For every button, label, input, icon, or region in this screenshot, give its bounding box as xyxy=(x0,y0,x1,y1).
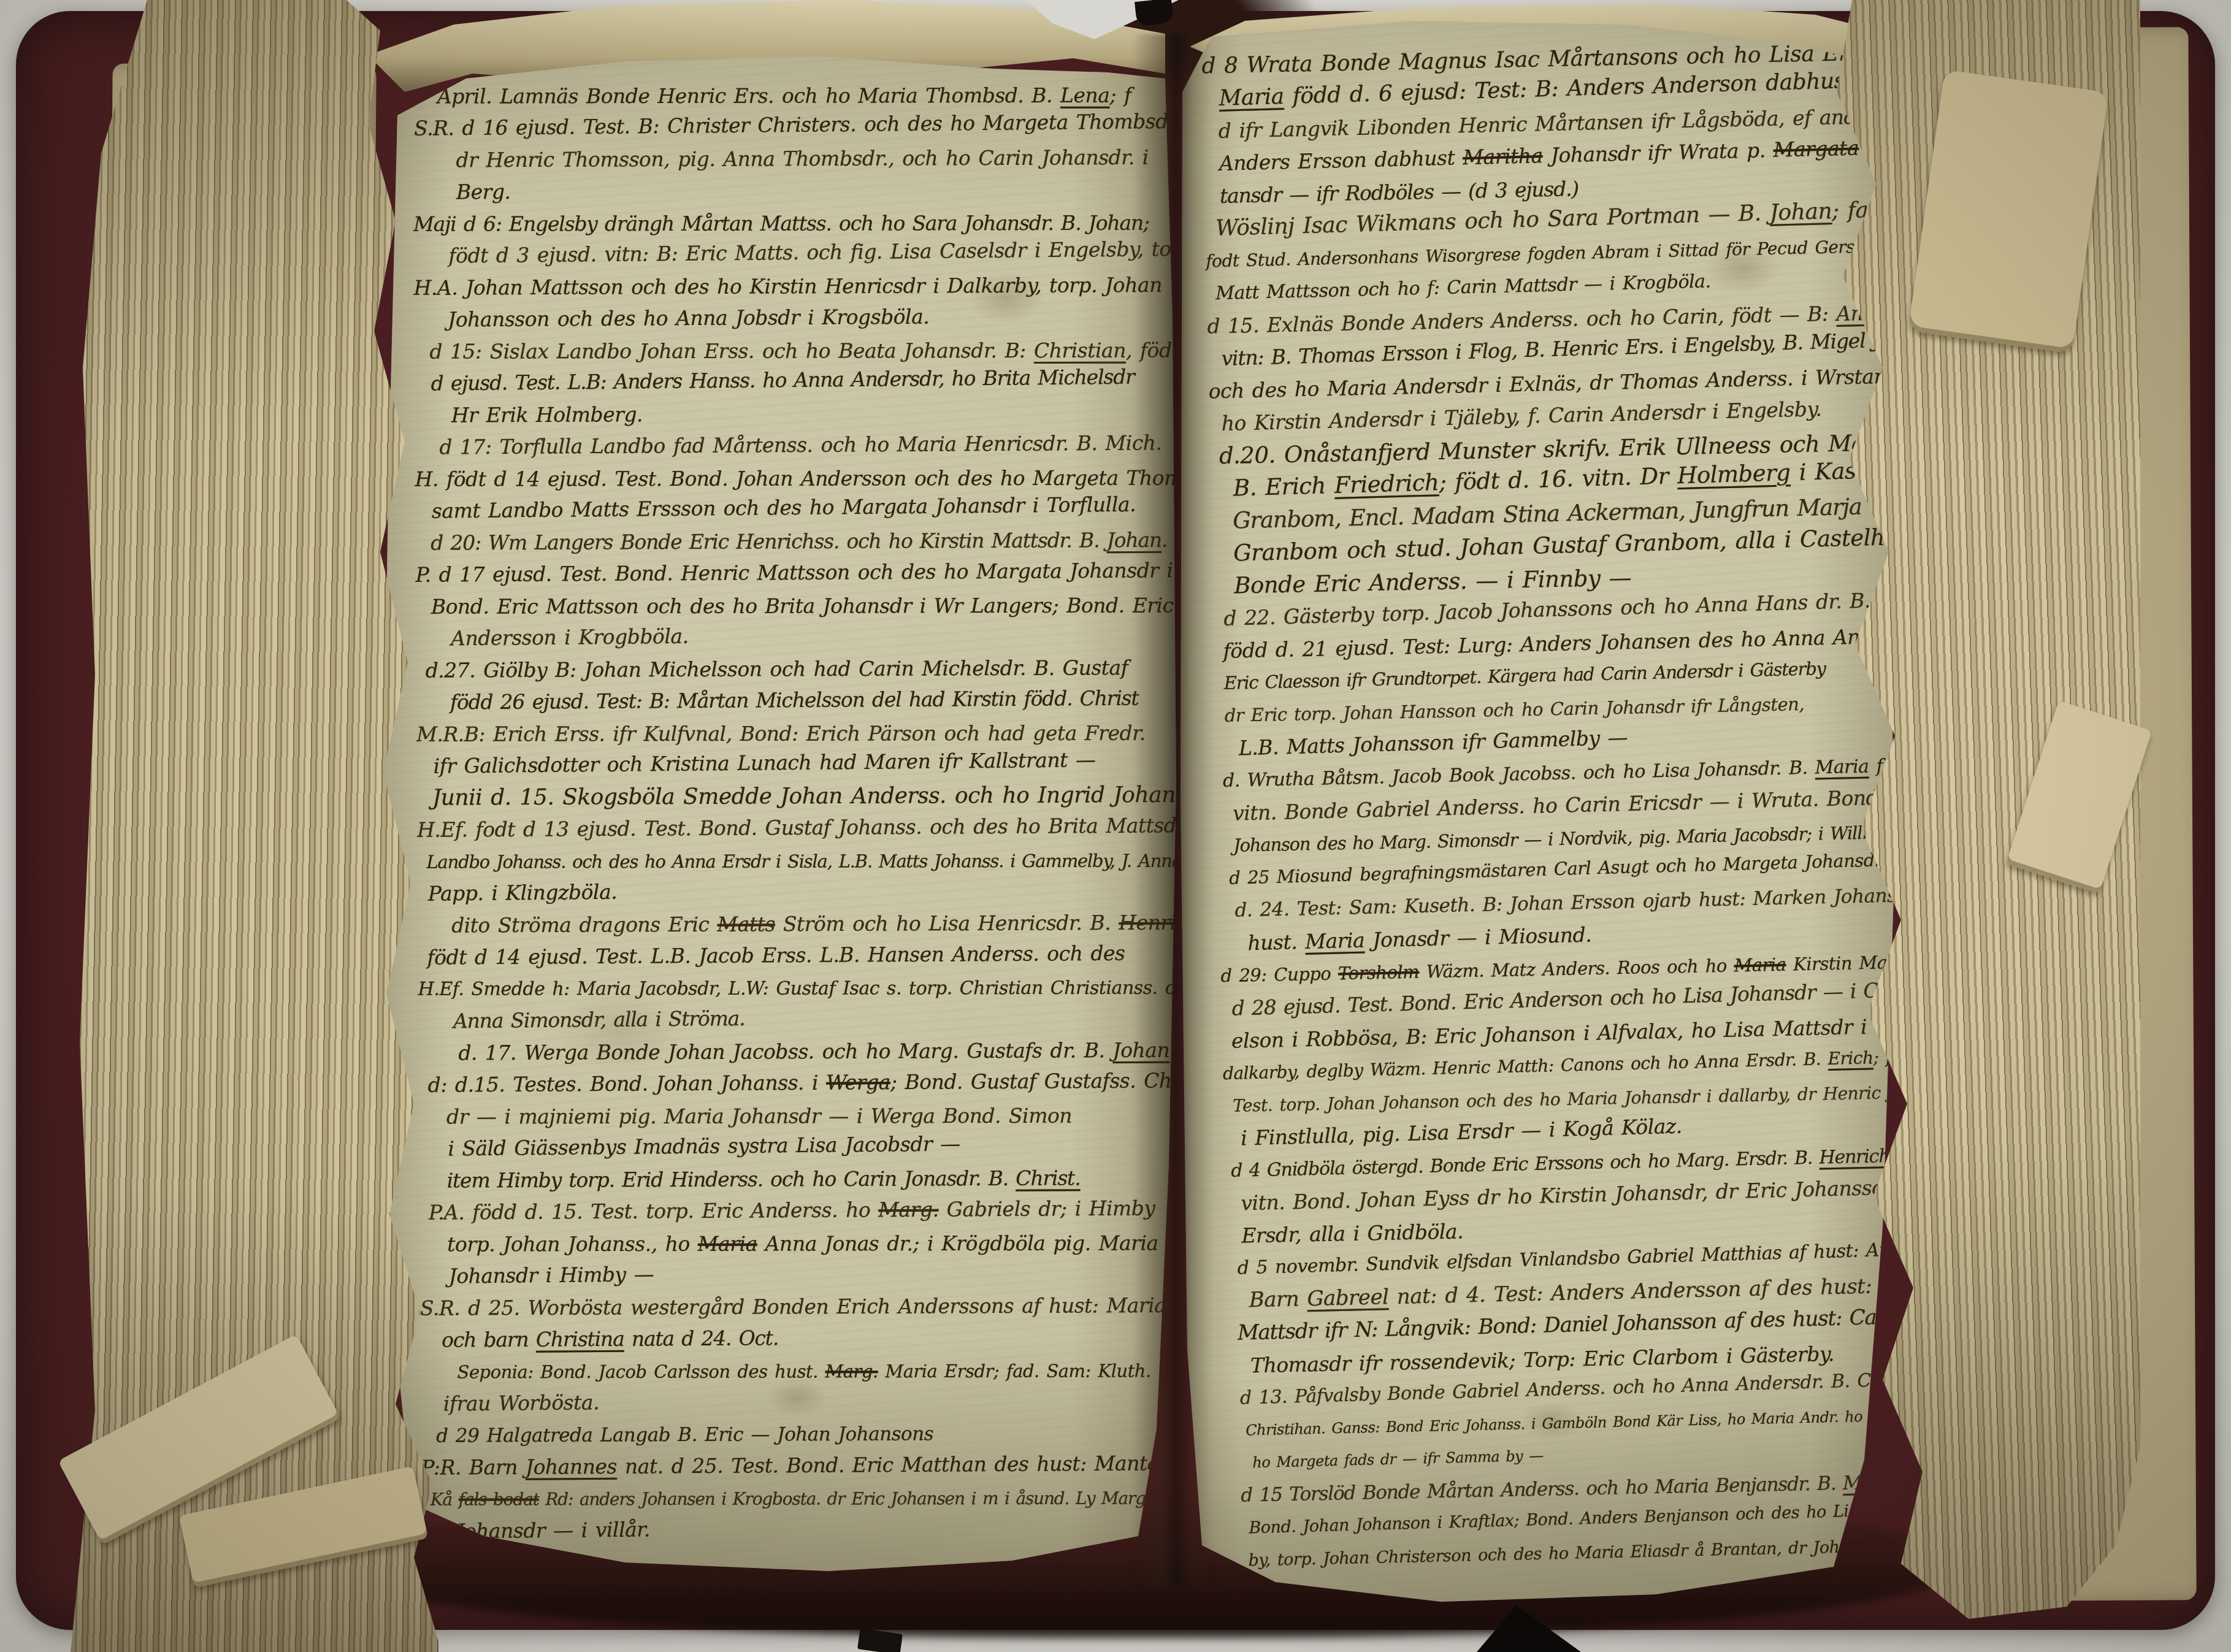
handwritten-line: samt Landbo Matts Erssson och des ho Mar… xyxy=(432,488,1180,527)
right-page-text: d 8 Wrata Bonde Magnus Isac Mårtansons o… xyxy=(1201,34,1902,1577)
gutter-shadow xyxy=(1132,34,1212,1585)
right-page: d 8 Wrata Bonde Magnus Isac Mårtansons o… xyxy=(1168,12,1904,1613)
handwritten-line: H.A. Johan Mattsson och des ho Kirstin H… xyxy=(414,269,1177,304)
handwritten-line: Junii d. 15. Skogsböla Smedde Johan Ande… xyxy=(432,779,1181,814)
handwritten-line: P.A. född d. 15. Test. torp. Eric Anders… xyxy=(429,1192,1183,1229)
handwritten-line: item Himby torp. Erid Hinderss. och ho C… xyxy=(447,1162,1183,1197)
left-page: April. Lamnäs Bonde Henric Ers. och ho M… xyxy=(379,54,1182,1581)
handwritten-line: Johansson och des ho Anna Jobsdr i Krogs… xyxy=(448,299,1177,335)
handwritten-line: P:R. Barn Johannes nat. d 25. Test. Bond… xyxy=(421,1447,1184,1484)
handwritten-line: Johansdr — i villår. xyxy=(456,1509,1186,1547)
handwritten-line: dito Ströma dragons Eric Matts Ström och… xyxy=(451,907,1181,942)
handwritten-line: S.R. d 25. Worbösta westergård Bonden Er… xyxy=(420,1290,1184,1325)
handwritten-line: i Säld Giässenbys Imadnäs systra Lisa Ja… xyxy=(448,1126,1184,1165)
handwritten-line: Papp. i Klingzböla. xyxy=(428,871,1182,910)
manuscript-photo: April. Lamnäs Bonde Henric Ers. och ho M… xyxy=(0,0,2231,1652)
handwritten-line: ifr Galichsdotter och Kristina Lunach ha… xyxy=(433,743,1181,782)
handwritten-line: d: d.15. Testes. Bond. Johan Johanss. i … xyxy=(428,1065,1182,1101)
handwritten-line: född 26 ejusd. Test: B: Mårtan Michelsso… xyxy=(450,682,1180,718)
handwritten-line: dr Henric Thomsson, pig. Anna Thombsdr.,… xyxy=(456,142,1176,177)
handwritten-line: d ejusd. Test. L.B: Anders Hanss. ho Ann… xyxy=(431,361,1179,400)
handwritten-line: d 20: Wm Langers Bonde Eric Henrichss. o… xyxy=(431,524,1179,559)
handwritten-line: d.27. Giölby B: Johan Michelsson och had… xyxy=(425,652,1179,687)
handwritten-line: S.R. d 16 ejusd. Test. B: Christer Chris… xyxy=(414,105,1177,145)
left-page-text: April. Lamnäs Bonde Henric Ers. och ho M… xyxy=(413,76,1185,1548)
handwritten-line: d 29 Halgatreda Langab B. Eric — Johan J… xyxy=(436,1417,1184,1452)
handwritten-line: d 17: Torflulla Landbo fad Mårtenss. och… xyxy=(439,427,1178,463)
handwritten-line: Andersson i Krogbböla. xyxy=(451,616,1181,654)
handwritten-line: Johansdr i Himby — xyxy=(448,1253,1184,1293)
handwritten-line: Hr Erik Holmberg. xyxy=(451,397,1178,432)
handwritten-line: Anna Simonsdr, alla i Ströma. xyxy=(453,998,1183,1037)
handwritten-line: H.Ef. fodt d 13 ejusd. Test. Bond. Gusta… xyxy=(417,809,1181,846)
handwritten-line: och barn Christina nata d 24. Oct. xyxy=(442,1320,1184,1356)
handwritten-line: ifrau Worbösta. xyxy=(443,1381,1185,1420)
handwritten-line: Berg. xyxy=(456,172,1177,208)
handwritten-line: födt d 14 ejusd. Test. L.B. Jacob Erss. … xyxy=(427,937,1181,974)
handwritten-line: d. 17. Werga Bonde Johan Jacobss. och ho… xyxy=(458,1034,1182,1069)
handwritten-line: födt d 3 ejusd. vitn: B: Eric Matts. och… xyxy=(448,233,1178,272)
handwritten-line: P. d 17 ejusd. Test. Bond. Henric Mattss… xyxy=(415,554,1179,591)
